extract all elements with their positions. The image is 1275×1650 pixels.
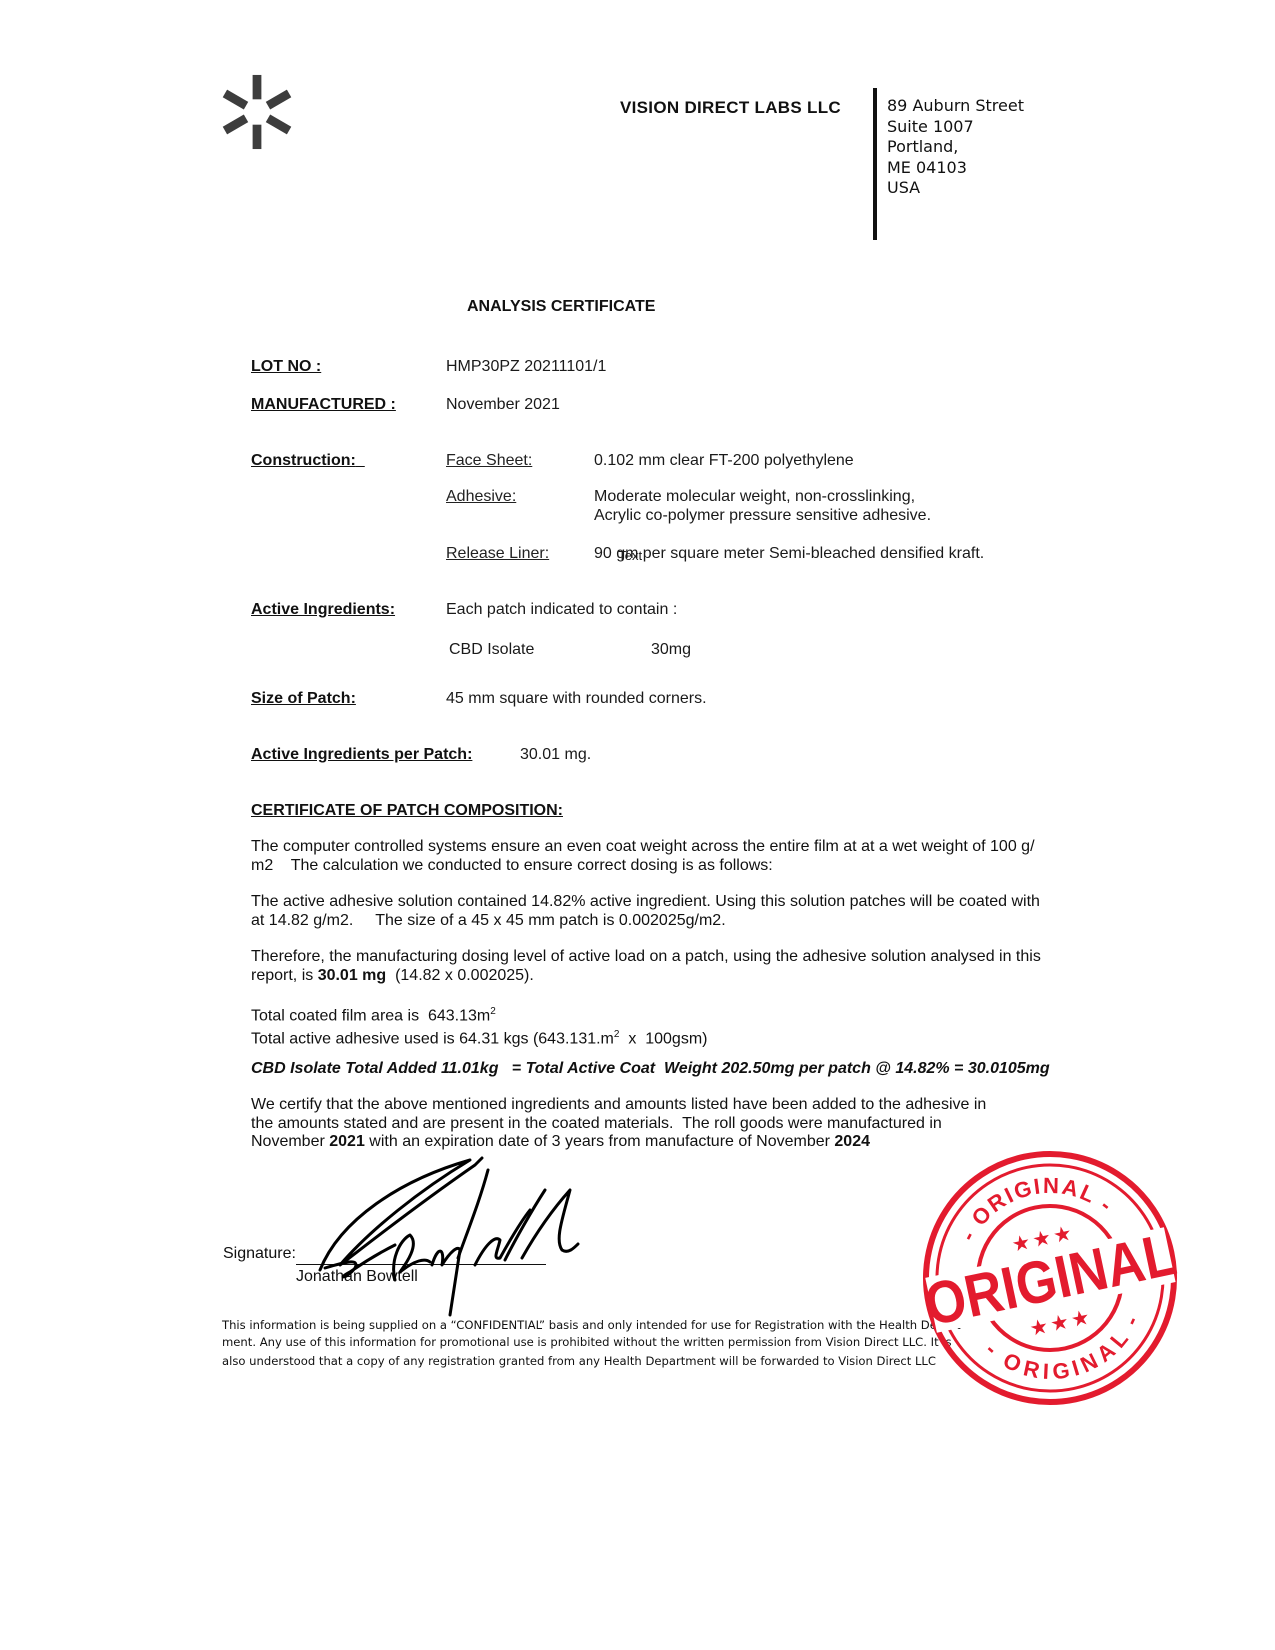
confidential-notice-line1: This information is being supplied on a … <box>222 1318 965 1332</box>
face-sheet-value: 0.102 mm clear FT-200 polyethylene <box>594 452 854 470</box>
release-liner-value: 90 gmText per square meter Semi-bleached… <box>594 545 984 563</box>
composition-paragraph-1: The computer controlled systems ensure a… <box>251 838 1081 875</box>
size-of-patch-value: 45 mm square with rounded corners. <box>446 690 707 708</box>
active-ingredients-intro: Each patch indicated to contain : <box>446 601 677 619</box>
adhesive-label: Adhesive: <box>446 488 516 506</box>
lot-no-label: LOT NO : <box>251 358 321 376</box>
lot-no-value: HMP30PZ 20211101/1 <box>446 358 606 376</box>
face-sheet-label: Face Sheet: <box>446 452 532 470</box>
adhesive-value-line1: Moderate molecular weight, non-crosslink… <box>594 488 915 506</box>
composition-paragraph-2: The active adhesive solution contained 1… <box>251 893 1081 930</box>
cbd-total-summary: CBD Isolate Total Added 11.01kg = Total … <box>251 1060 1050 1078</box>
address-line: Portland, <box>887 137 1024 158</box>
active-per-patch-label: Active Ingredients per Patch: <box>251 746 472 764</box>
confidential-notice-line3: also understood that a copy of any regis… <box>222 1354 936 1368</box>
company-name: VISION DIRECT LABS LLC <box>620 98 841 118</box>
address-line: Suite 1007 <box>887 117 1024 138</box>
adhesive-value-line2: Acrylic co-polymer pressure sensitive ad… <box>594 507 931 525</box>
active-ingredients-label: Active Ingredients: <box>251 601 395 619</box>
manufactured-value: November 2021 <box>446 396 560 414</box>
stray-text-overlay: Text <box>618 548 642 563</box>
handwritten-signature <box>300 1140 580 1320</box>
address-line: USA <box>887 178 1024 199</box>
totals-block: Total coated film area is 643.13m2 Total… <box>251 1003 1081 1049</box>
company-address: 89 Auburn Street Suite 1007 Portland, ME… <box>887 96 1024 199</box>
construction-label: Construction: <box>251 452 365 470</box>
address-line: 89 Auburn Street <box>887 96 1024 117</box>
total-coated-area: Total coated film area is 643.13m2 <box>251 1003 1081 1026</box>
manufactured-label: MANUFACTURED : <box>251 396 396 414</box>
ingredient-amount: 30mg <box>651 641 691 659</box>
release-liner-label: Release Liner: <box>446 545 549 563</box>
original-stamp: - ORIGINAL - - ORIGINAL - ORIGINAL ★ ★ ★… <box>920 1148 1180 1408</box>
total-active-adhesive: Total active adhesive used is 64.31 kgs … <box>251 1026 1081 1049</box>
document-title: ANALYSIS CERTIFICATE <box>467 298 655 316</box>
composition-paragraph-3: Therefore, the manufacturing dosing leve… <box>251 948 1081 985</box>
ingredient-name: CBD Isolate <box>449 641 534 659</box>
active-per-patch-value: 30.01 mg. <box>520 746 591 764</box>
signature-label: Signature: <box>223 1245 296 1263</box>
composition-heading: CERTIFICATE OF PATCH COMPOSITION: <box>251 802 563 820</box>
size-of-patch-label: Size of Patch: <box>251 690 356 708</box>
confidential-notice-line2: ment. Any use of this information for pr… <box>222 1335 952 1349</box>
header-divider <box>873 88 877 240</box>
address-line: ME 04103 <box>887 158 1024 179</box>
asterisk-logo-icon <box>218 72 296 152</box>
